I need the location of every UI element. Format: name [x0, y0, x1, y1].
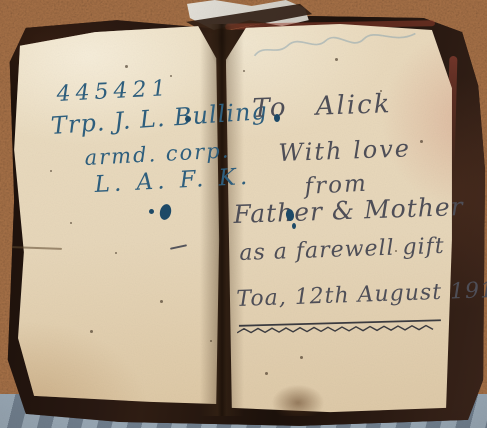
photo-old-book-scene: 445421 Trp. J. L. Bulling armd. corp. L.…	[0, 0, 487, 428]
photo-grain-overlay	[0, 0, 487, 428]
